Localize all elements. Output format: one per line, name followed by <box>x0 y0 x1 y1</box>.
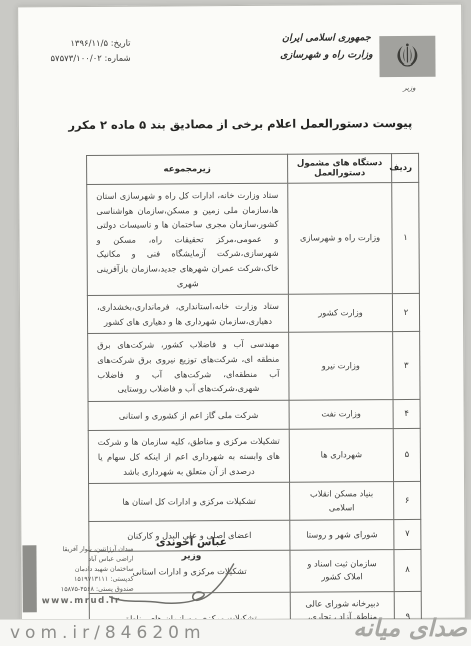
header-row-number: ردیف <box>392 153 419 182</box>
iran-coat-of-arms-icon <box>392 38 422 74</box>
subsidiary-cell: شرکت ملی گاز اعم از کشوری و استانی <box>88 400 289 431</box>
subsidiary-cell: ستاد وزارت خانه،استانداری، فرمانداری،بخش… <box>87 294 288 333</box>
row-number: ۷ <box>394 520 421 550</box>
table-row: ۵ شهرداری ها تشکیلات مرکزی و مناطق، کلیه… <box>88 429 420 484</box>
row-number: ۵ <box>393 429 420 482</box>
footer-address-block: میدان آرژانتین، بلوار آفریقا اراضی عباس … <box>41 544 133 607</box>
document-paper: تاریخ: ۱۳۹۶/۱۱/۵ شماره: ۵۷۵۷۳/۱۰۰/۰۲ جمه… <box>17 4 466 622</box>
country-name: جمهوری اسلامی ایران <box>277 29 375 47</box>
footer-accent-bar <box>22 545 36 612</box>
row-number: ۸ <box>394 549 421 591</box>
ministry-website: www.mrud.ir <box>42 596 134 607</box>
address-line: اراضی عباس آباد <box>41 554 133 565</box>
subsidiary-cell: مهندسی آب و فاضلاب کشور، شرکت‌های برق من… <box>88 333 289 402</box>
table-row: ۳ وزارت نیرو مهندسی آب و فاضلاب کشور، شر… <box>88 332 420 401</box>
row-number: ۳ <box>393 332 420 400</box>
date-line: تاریخ: ۱۳۹۶/۱۱/۵ <box>50 37 130 52</box>
header-subsidiaries: زیرمجموعه <box>87 154 288 184</box>
postal-code-line: کدپستی: ۱۵۱۹۷۱۳۱۱۱ <box>42 574 134 585</box>
postal-value: ۱۵۱۹۷۱۳۱۱۱ <box>74 575 108 583</box>
subsidiary-cell: تشکیلات مرکزی و ادارات کل استان ها <box>89 482 290 521</box>
document-title: پیوست دستورالعمل اعلام برخی از مصادیق بن… <box>19 116 462 133</box>
signature-block: عباس آخوندی وزیر <box>121 536 261 562</box>
subsidiary-cell: ستاد وزارت خانه، ادارات کل راه و شهرسازی… <box>87 183 289 295</box>
row-number: ۴ <box>393 399 420 429</box>
organization-cell: سازمان ثبت اسناد و املاک کشور <box>290 549 394 592</box>
row-number: ۱ <box>392 182 420 293</box>
header-organizations: دستگاه های مشمول دستورالعمل <box>288 154 392 184</box>
organization-cell: بنیاد مسکن انقلاب اسلامی <box>290 482 394 521</box>
postal-label: کدپستی: <box>110 575 133 583</box>
table-row: ۴ وزارت نفت شرکت ملی گاز اعم از کشوری و … <box>88 399 420 431</box>
letterhead-date-block: تاریخ: ۱۳۹۶/۱۱/۵ شماره: ۵۷۵۷۳/۱۰۰/۰۲ <box>50 37 130 67</box>
row-number: ۲ <box>392 294 419 332</box>
organization-cell: شهرداری ها <box>289 429 393 482</box>
date-value: ۱۳۹۶/۱۱/۵ <box>70 39 108 49</box>
organization-cell: وزارت کشور <box>288 294 392 333</box>
organization-cell: وزارت نیرو <box>289 332 393 400</box>
date-label: تاریخ: <box>111 39 131 49</box>
ministry-name: وزارت راه و شهرسازی <box>277 46 375 64</box>
scanned-document-page: { "letterhead": { "country": "جمهوری اسل… <box>0 0 471 646</box>
watermark-url: vom.ir/84620m <box>10 623 206 643</box>
address-line: ساختمان شهید دادمان <box>42 564 134 575</box>
signer-name: عباس آخوندی <box>121 536 261 549</box>
organization-cell: وزارت نفت <box>289 399 393 429</box>
letterhead-title: جمهوری اسلامی ایران وزارت راه و شهرسازی <box>277 29 375 64</box>
address-line: میدان آرژانتین، بلوار آفریقا <box>41 544 133 555</box>
number-line: شماره: ۵۷۵۷۳/۱۰۰/۰۲ <box>50 52 130 67</box>
table-header-row: ردیف دستگاه های مشمول دستورالعمل زیرمجمو… <box>87 153 419 184</box>
table-row: ۲ وزارت کشور ستاد وزارت خانه،استانداری، … <box>87 294 419 334</box>
watermark-logo-text: صدای میانه <box>353 611 467 645</box>
table-row: ۶ بنیاد مسکن انقلاب اسلامی تشکیلات مرکزی… <box>89 482 421 522</box>
minister-word: وزیر <box>403 84 416 92</box>
pobox-value: ۱۵۸۷۵-۴۵۶۸ <box>61 585 94 593</box>
pobox-label: صندوق پستی: <box>96 585 134 593</box>
emblem-box <box>379 36 435 77</box>
organization-cell: وزارت راه و شهرسازی <box>288 183 393 295</box>
organization-cell: شورای شهر و روستا <box>290 520 394 550</box>
subsidiary-cell: تشکیلات مرکزی و مناطق، کلیه سازمان ها و … <box>88 430 289 484</box>
number-value: ۵۷۵۷۳/۱۰۰/۰۲ <box>50 54 101 64</box>
row-number: ۶ <box>394 482 421 520</box>
table-row: ۱ وزارت راه و شهرسازی ستاد وزارت خانه، ا… <box>87 182 420 295</box>
pobox-line: صندوق پستی: ۱۵۸۷۵-۴۵۶۸ <box>42 584 134 595</box>
number-label: شماره: <box>105 54 131 64</box>
